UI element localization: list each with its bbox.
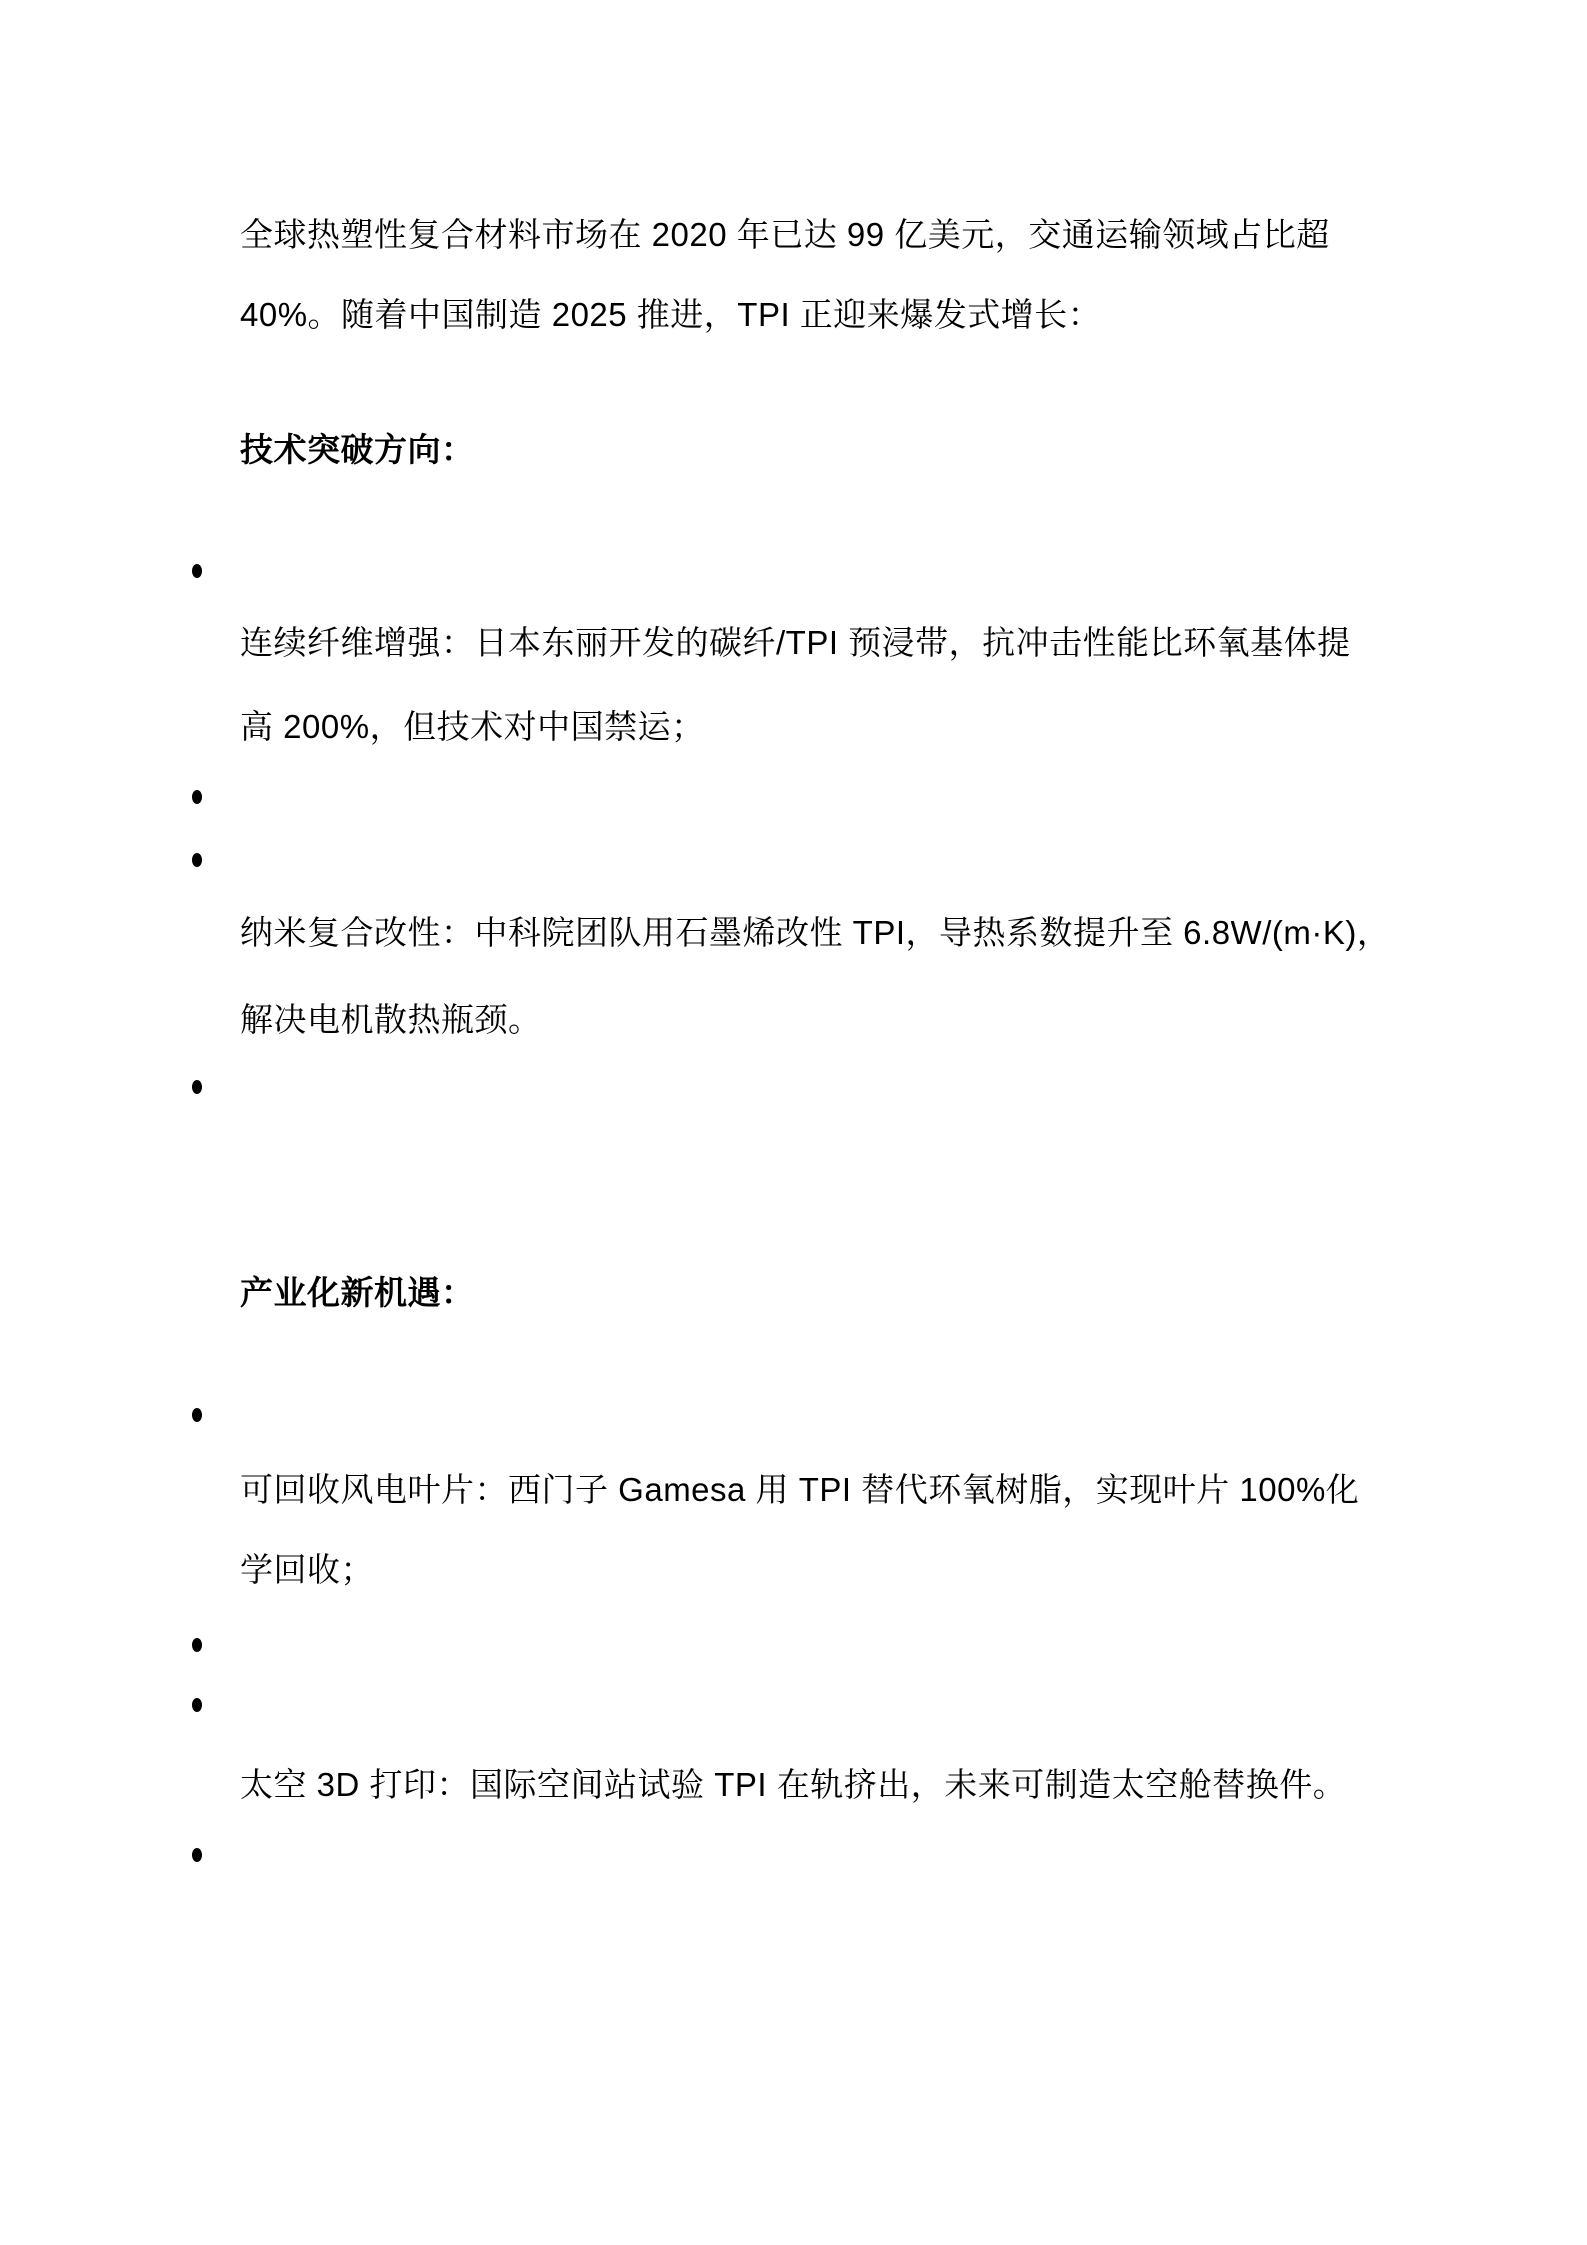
- document-page: 全球热塑性复合材料市场在 2020 年已达 99 亿美元，交通运输领域占比超 4…: [0, 0, 1587, 2245]
- list-item-line: 太空 3D 打印：国际空间站试验 TPI 在轨挤出，未来可制造太空舱替换件。: [240, 1763, 1346, 1807]
- list-bullet-icon: [192, 564, 202, 578]
- list-bullet-icon: [192, 853, 202, 867]
- intro-paragraph-line: 40%。随着中国制造 2025 推进，TPI 正迎来爆发式增长：: [240, 293, 1101, 337]
- list-item-line: 高 200%，但技术对中国禁运；: [240, 705, 705, 749]
- intro-paragraph-line: 全球热塑性复合材料市场在 2020 年已达 99 亿美元，交通运输领域占比超: [240, 213, 1330, 257]
- list-bullet-icon: [192, 1698, 202, 1712]
- list-bullet-icon: [192, 790, 202, 804]
- list-item-line: 解决电机散热瓶颈。: [240, 998, 542, 1042]
- list-item-line: 纳米复合改性：中科院团队用石墨烯改性 TPI，导热系数提升至 6.8W/(m·K…: [240, 911, 1390, 955]
- list-item-line: 可回收风电叶片：西门子 Gamesa 用 TPI 替代环氧树脂，实现叶片 100…: [240, 1468, 1359, 1512]
- list-bullet-icon: [192, 1408, 202, 1422]
- list-item-line: 连续纤维增强：日本东丽开发的碳纤/TPI 预浸带，抗冲击性能比环氧基体提: [240, 621, 1351, 665]
- list-bullet-icon: [192, 1638, 202, 1652]
- list-item-line: 学回收；: [240, 1548, 374, 1592]
- list-bullet-icon: [192, 1080, 202, 1094]
- section-heading-tech-breakthrough: 技术突破方向：: [240, 428, 475, 472]
- list-bullet-icon: [192, 1848, 202, 1862]
- section-heading-industrialization: 产业化新机遇：: [240, 1271, 475, 1315]
